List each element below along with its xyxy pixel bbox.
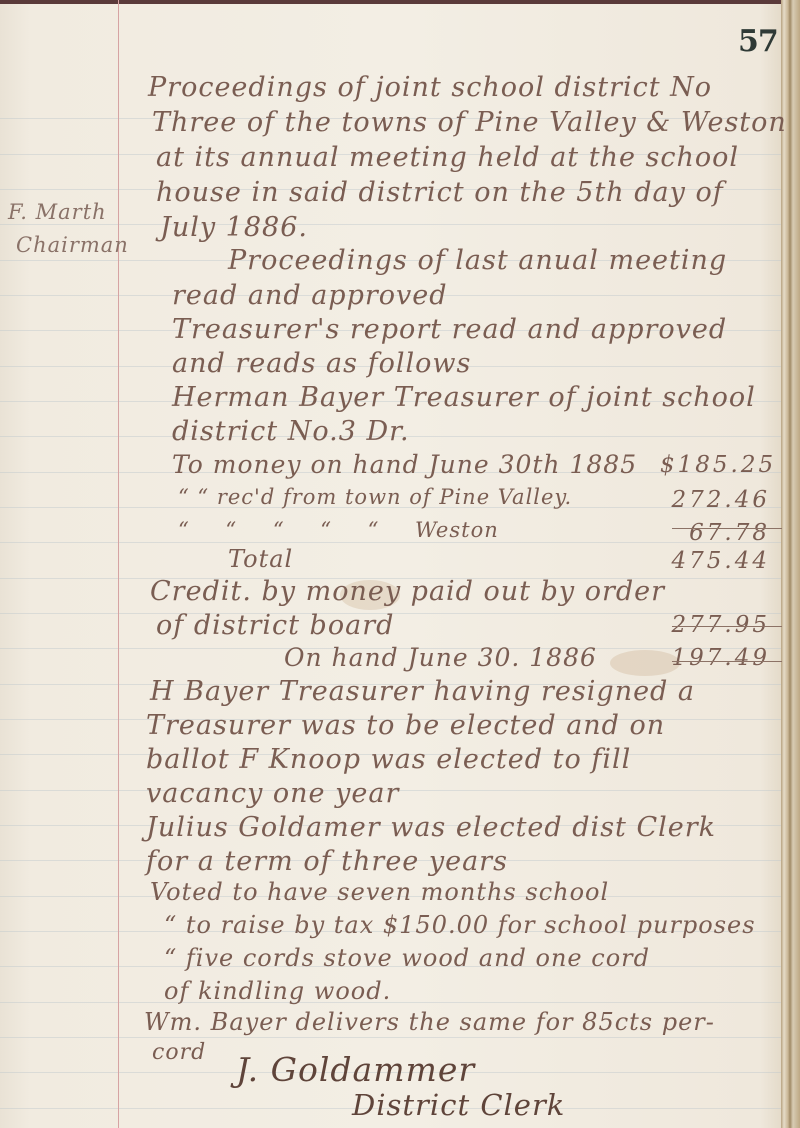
minutes-line: cord xyxy=(152,1040,206,1065)
signature-title: District Clerk xyxy=(352,1088,565,1122)
balance-underline xyxy=(672,661,782,662)
margin-note-chairman-name: F. Marth xyxy=(8,200,107,224)
page-number: 57 xyxy=(738,24,778,59)
minutes-line: Julius Goldamer was elected dist Clerk xyxy=(146,812,716,843)
minutes-line: for a term of three years xyxy=(146,846,508,877)
minutes-line: Treasurer's report read and approved xyxy=(172,314,727,345)
ledger-page: 57 F. Marth Chairman Proceedings of join… xyxy=(0,0,800,1128)
margin-line xyxy=(118,0,119,1128)
minutes-line: Three of the towns of Pine Valley & West… xyxy=(152,107,787,138)
book-binding xyxy=(781,0,800,1128)
minutes-line: “ to raise by tax $150.00 for school pur… xyxy=(164,911,756,939)
ledger-row-amount: 272.46 xyxy=(660,487,770,513)
ledger-row-label: “ “ rec'd from town of Pine Valley. xyxy=(178,485,572,509)
ledger-row-amount: 475.44 xyxy=(660,548,770,574)
minutes-line: ballot F Knoop was elected to fill xyxy=(146,744,631,775)
minutes-line: Wm. Bayer delivers the same for 85cts pe… xyxy=(144,1008,715,1036)
ledger-row-amount: 277.95 xyxy=(660,612,770,638)
minutes-line: H Bayer Treasurer having resigned a xyxy=(150,676,695,707)
ledger-row-label: Total xyxy=(228,545,293,573)
minutes-line: July 1886. xyxy=(160,212,308,243)
minutes-line: house in said district on the 5th day of xyxy=(156,177,724,208)
ledger-row-label: To money on hand June 30th 1885 xyxy=(172,450,637,479)
minutes-line: read and approved xyxy=(172,280,448,311)
ledger-row-label: On hand June 30. 1886 xyxy=(284,643,597,672)
minutes-line: and reads as follows xyxy=(172,348,471,379)
minutes-line: district No.3 Dr. xyxy=(172,416,410,447)
margin-note-chairman-title: Chairman xyxy=(16,233,129,257)
minutes-line: Treasurer was to be elected and on xyxy=(146,710,665,741)
minutes-line: Voted to have seven months school xyxy=(150,878,609,906)
minutes-line: Proceedings of last anual meeting xyxy=(228,245,727,276)
ledger-row-amount: $185.25 xyxy=(660,452,770,478)
signature-name: J. Goldammer xyxy=(236,1050,475,1089)
ledger-row-label: Credit. by money paid out by order xyxy=(150,576,665,607)
minutes-line: vacancy one year xyxy=(146,778,399,809)
minutes-line: of kindling wood. xyxy=(164,977,391,1005)
page-top-edge xyxy=(0,0,800,4)
minutes-line: Herman Bayer Treasurer of joint school xyxy=(172,382,756,413)
credit-underline xyxy=(672,626,782,627)
ledger-row-label: “ “ “ “ “ Weston xyxy=(178,518,499,542)
minutes-line: at its annual meeting held at the school xyxy=(156,142,739,173)
subtotal-underline xyxy=(672,528,782,529)
ledger-row-amount: 67.78 xyxy=(660,520,770,546)
ledger-row-label: of district board xyxy=(156,610,394,641)
minutes-line: “ five cords stove wood and one cord xyxy=(164,944,650,972)
ledger-row-amount: 197.49 xyxy=(660,645,770,671)
minutes-line: Proceedings of joint school district No xyxy=(148,72,712,103)
